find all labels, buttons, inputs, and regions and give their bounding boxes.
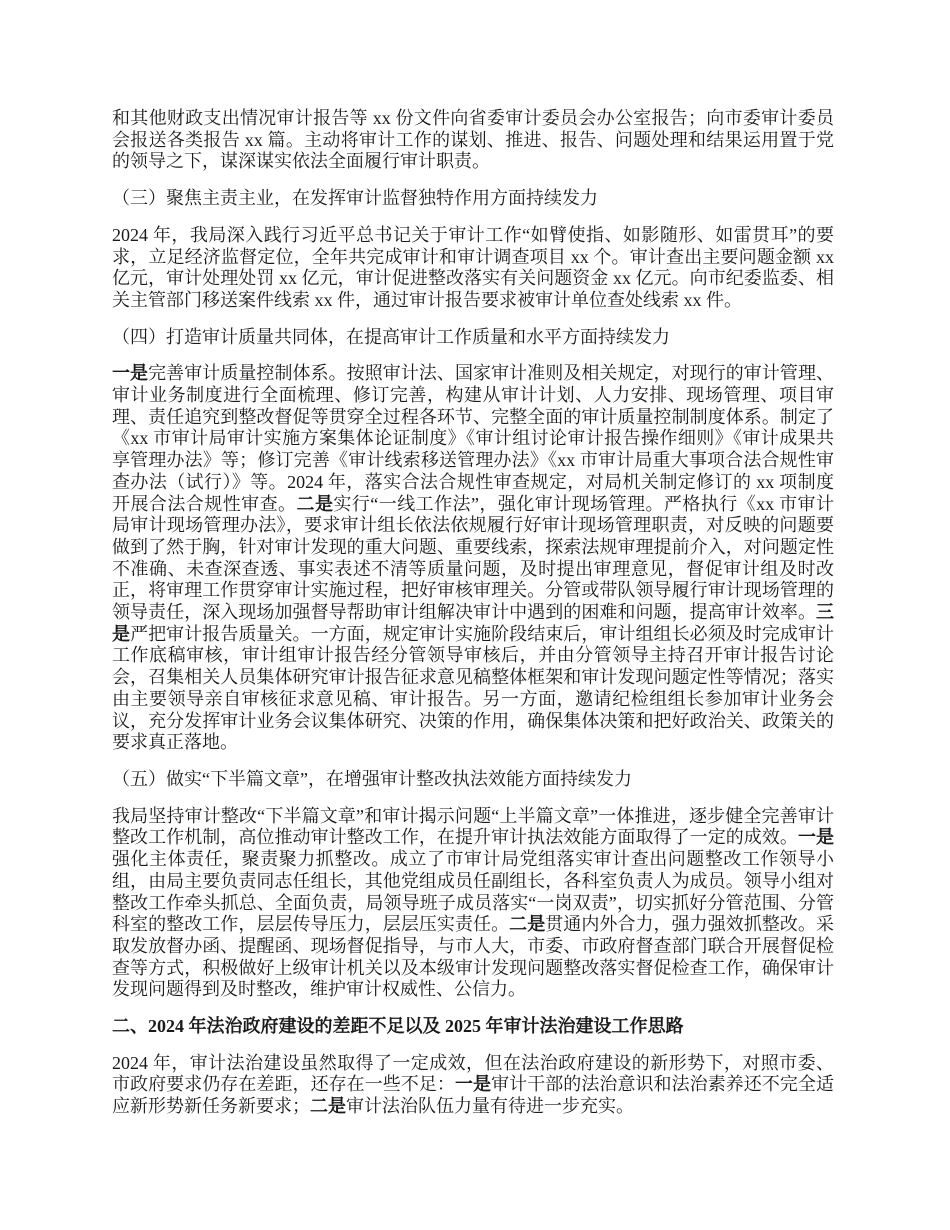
bold-text-segment: 一是 <box>455 1074 491 1094</box>
document-page: { "page": { "background_color": "#ffffff… <box>0 0 950 1230</box>
body-paragraph: 和其他财政支出情况审计报告等 xx 份文件向省委审计委员会办公室报告；向市委审计… <box>112 108 834 173</box>
text-segment: 严把审计报告质量关。一方面，规定审计实施阶段结束后，审计组组长必须及时完成审计工… <box>112 624 834 753</box>
text-segment: 2024 年，我局深入践行习近平总书记关于审计工作“如臂使指、如影随形、如雷贯耳… <box>112 225 834 310</box>
bold-text-segment: 一是 <box>798 827 834 847</box>
body-paragraph: 一是完善审计质量控制体系。按照审计法、国家审计准则及相关规定，对现行的审计管理、… <box>112 363 834 754</box>
text-segment: （五）做实“下半篇文章”，在增强审计整改执法效能方面持续发力 <box>112 769 632 789</box>
section-heading: （三）聚焦主责主业，在发挥审计监督独特作用方面持续发力 <box>112 188 834 210</box>
bold-text-segment: 二是 <box>310 1096 346 1116</box>
text-segment: （三）聚焦主责主业，在发挥审计监督独特作用方面持续发力 <box>112 188 598 208</box>
bold-text-segment: 二是 <box>509 914 545 934</box>
body-paragraph: 2024 年，我局深入践行习近平总书记关于审计工作“如臂使指、如影随形、如雷贯耳… <box>112 225 834 312</box>
text-segment: （四）打造审计质量共同体，在提高审计工作质量和水平方面持续发力 <box>112 327 670 347</box>
bold-text-segment: 一是 <box>112 363 148 383</box>
text-segment: 和其他财政支出情况审计报告等 xx 份文件向省委审计委员会办公室报告；向市委审计… <box>112 108 834 171</box>
document-content: 和其他财政支出情况审计报告等 xx 份文件向省委审计委员会办公室报告；向市委审计… <box>112 108 834 1133</box>
body-paragraph: 我局坚持审计整改“下半篇文章”和审计揭示问题“上半篇文章”一体推进，逐步健全完善… <box>112 806 834 1001</box>
text-segment: 我局坚持审计整改“下半篇文章”和审计揭示问题“上半篇文章”一体推进，逐步健全完善… <box>112 806 834 848</box>
section-heading: 二、2024 年法治政府建设的差距不足以及 2025 年审计法治建设工作思路 <box>112 1016 834 1038</box>
section-heading: （五）做实“下半篇文章”，在增强审计整改执法效能方面持续发力 <box>112 769 834 791</box>
bold-text-segment: 二是 <box>297 494 334 514</box>
text-segment: 审计法治队伍力量有待进一步充实。 <box>346 1096 634 1116</box>
bold-text-segment: 二、2024 年法治政府建设的差距不足以及 2025 年审计法治建设工作思路 <box>112 1016 684 1036</box>
section-heading: （四）打造审计质量共同体，在提高审计工作质量和水平方面持续发力 <box>112 327 834 349</box>
text-segment: 完善审计质量控制体系。按照审计法、国家审计准则及相关规定，对现行的审计管理、审计… <box>112 363 834 513</box>
body-paragraph: 2024 年，审计法治建设虽然取得了一定成效，但在法治政府建设的新形势下，对照市… <box>112 1053 834 1118</box>
